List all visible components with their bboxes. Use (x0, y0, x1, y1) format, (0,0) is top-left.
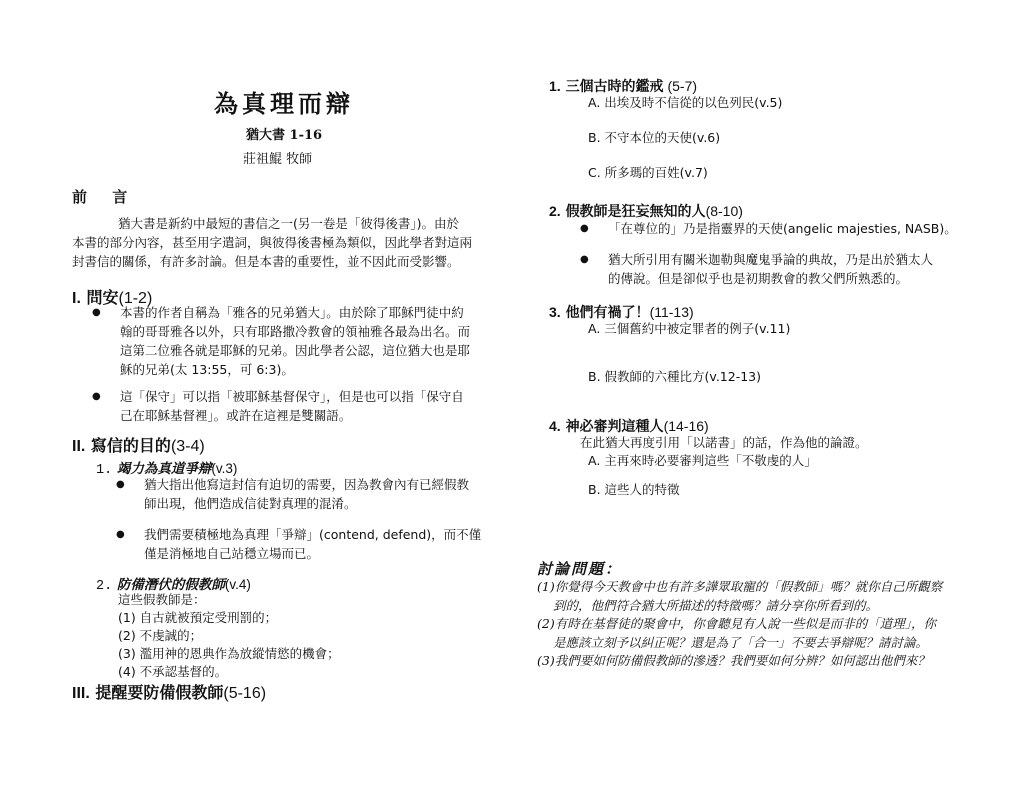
point-1-item-b: B. 不守本位的天使(v.6) (588, 129, 720, 147)
list-intro: 這些假教師是： (118, 591, 340, 609)
list-item: (1) 自古就被預定受刑罰的； (118, 609, 340, 627)
discussion-question: (3)我們要如何防備假教師的滲透？我們要如何分辨？如何認出他們來？ (537, 652, 987, 671)
point-4-intro: 在此猶大再度引用「以諾書」的話，作為他的論證。 (580, 434, 868, 452)
point-1-item-a: A. 出埃及時不信從的以色列民(v.5) (588, 94, 782, 112)
bullet-icon: ● (92, 387, 120, 425)
point-heading-3: 3. 他們有禍了！(11-13) (549, 302, 694, 322)
bullet-icon: ● (92, 303, 120, 379)
document-subtitle: 猶大書 1-16 (246, 124, 322, 143)
list-item: (2) 不虔誠的； (118, 627, 340, 645)
point-heading-1: 1. 三個古時的鑑戒 (5-7) (549, 76, 697, 96)
bullet-icon: ● (116, 525, 144, 563)
bullet-item: ● 猶大指出他寫這封信有迫切的需要，因為教會內有已經假教 師出現，他們造成信徒對… (116, 475, 496, 513)
preface-line: 本書的部分內容，甚至用字遣詞，與彼得後書極為類似，因此學者對這兩 (72, 233, 482, 252)
bullet-item: ● 這「保守」可以指「被耶穌基督保守」，但是也可以指「保守自 己在耶穌基督裡」。… (92, 387, 492, 425)
list-item: (4) 不承認基督的。 (118, 663, 340, 681)
subsection-2-2-list: 這些假教師是： (1) 自古就被預定受刑罰的； (2) 不虔誠的； (3) 濫用… (118, 591, 340, 681)
document-author: 莊祖鯤 牧師 (243, 148, 312, 167)
point-3-item-b: B. 假教師的六種比方(v.12-13) (588, 368, 761, 386)
section-1-bullets: ● 本書的作者自稱為「雅各的兄弟猶大」。由於除了耶穌門徒中約 翰的哥哥雅各以外，… (92, 303, 492, 425)
section-heading-3: III. 提醒要防備假教師(5-16) (72, 680, 266, 703)
point-2-bullets: ● 「在尊位的」乃是指靈界的天使(angelic majesties, NASB… (580, 219, 980, 288)
discussion-question: (1)你覺得今天教會中也有許多譁眾取寵的「假教師」嗎？就你自己所觀察 到的，他們… (537, 578, 987, 615)
bullet-item: ● 猶大所引用有關米迦勒與魔鬼爭論的典故，乃是出於猶太人 的傳說。但是卻似乎也是… (580, 250, 980, 288)
discussion-question: (2)有時在基督徒的聚會中，你會聽見有人說一些似是而非的「道理」，你 是應該立刻… (537, 615, 987, 652)
point-4-item-b: B. 這些人的特徵 (588, 481, 680, 499)
section-heading-2: II. 寫信的目的(3-4) (72, 433, 205, 456)
point-heading-2: 2. 假教師是狂妄無知的人(8-10) (549, 201, 743, 221)
preface-line: 封書信的關係，有許多討論。但是本書的重要性，並不因此而受影響。 (72, 252, 482, 271)
bullet-item: ● 「在尊位的」乃是指靈界的天使(angelic majesties, NASB… (580, 219, 980, 238)
point-heading-4: 4. 神必審判這種人(14-16) (549, 416, 709, 436)
list-item: (3) 濫用神的恩典作為放縱情慾的機會； (118, 645, 340, 663)
preface-heading: 前 言 (72, 186, 137, 207)
point-1-item-c: C. 所多瑪的百姓(v.7) (588, 164, 708, 182)
bullet-item: ● 我們需要積極地為真理「爭辯」(contend, defend)，而不僅 僅是… (116, 525, 496, 563)
discussion-heading: 討論問題： (537, 558, 622, 579)
bullet-icon: ● (580, 219, 608, 238)
point-4-item-a: A. 主再來時必要審判這些「不敬虔的人」 (588, 452, 817, 470)
point-3-item-a: A. 三個舊約中被定罪者的例子(v.11) (588, 320, 790, 338)
document-title: 為真理而辯 (214, 84, 354, 119)
preface-paragraph: 猶大書是新約中最短的書信之一(另一卷是「彼得後書」)。由於 本書的部分內容，甚至… (72, 214, 482, 271)
bullet-item: ● 本書的作者自稱為「雅各的兄弟猶大」。由於除了耶穌門徒中約 翰的哥哥雅各以外，… (92, 303, 492, 379)
bullet-icon: ● (116, 475, 144, 513)
subsection-2-1-bullets: ● 猶大指出他寫這封信有迫切的需要，因為教會內有已經假教 師出現，他們造成信徒對… (116, 475, 496, 563)
bullet-icon: ● (580, 250, 608, 288)
preface-line: 猶大書是新約中最短的書信之一(另一卷是「彼得後書」)。由於 (72, 214, 482, 233)
discussion-questions: (1)你覺得今天教會中也有許多譁眾取寵的「假教師」嗎？就你自己所觀察 到的，他們… (537, 578, 987, 671)
